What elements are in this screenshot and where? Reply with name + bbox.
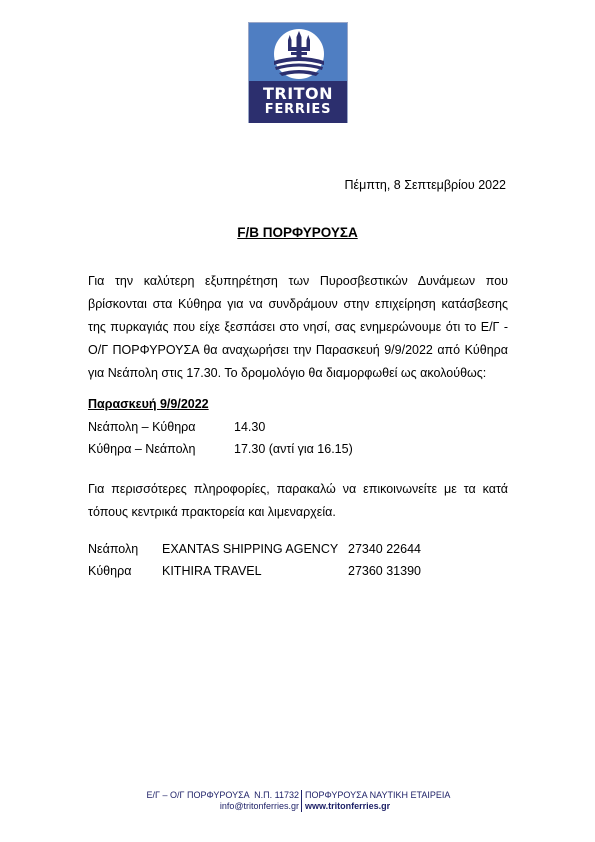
contact-phone: 27360 31390 [348, 564, 421, 578]
schedule-route: Νεάπολη – Κύθηρα [88, 420, 196, 434]
contact-agency: EXANTAS SHIPPING AGENCY [162, 542, 338, 556]
schedule-time: 14.30 [234, 420, 265, 434]
logo-text-ferries: FERRIES [249, 102, 347, 117]
schedule-time: 17.30 (αντί για 16.15) [234, 442, 353, 456]
logo-wordmark: TRITON FERRIES [249, 81, 347, 123]
footer-divider [301, 790, 302, 812]
triton-ferries-logo: TRITON FERRIES [248, 22, 348, 123]
footer-right: ΠΟΡΦΥΡΟΥΣΑ ΝΑΥΤΙΚΗ ΕΤΑΙΡΕΙΑ www.tritonfe… [305, 790, 450, 812]
intro-paragraph: Για την καλύτερη εξυπηρέτηση των Πυροσβε… [88, 270, 508, 385]
footer-vessel-registry: Ε/Γ – Ο/Γ ΠΟΡΦΥΡΟΥΣΑ Ν.Π. 11732 [147, 790, 299, 801]
footer-left: Ε/Γ – Ο/Γ ΠΟΡΦΥΡΟΥΣΑ Ν.Π. 11732 info@tri… [147, 790, 299, 812]
footer-company-name: ΠΟΡΦΥΡΟΥΣΑ ΝΑΥΤΙΚΗ ΕΤΑΙΡΕΙΑ [305, 790, 450, 801]
footer-email-link[interactable]: info@tritonferries.gr [147, 801, 299, 812]
contact-location: Νεάπολη [88, 542, 138, 556]
trident-wave-icon [249, 23, 347, 81]
document-date: Πέμπτη, 8 Σεπτεμβρίου 2022 [345, 178, 506, 192]
document-title: F/B ΠΟΡΦΥΡΟΥΣΑ [0, 225, 595, 240]
contact-location: Κύθηρα [88, 564, 131, 578]
contact-phone: 27340 22644 [348, 542, 421, 556]
footer-website-link[interactable]: www.tritonferries.gr [305, 801, 450, 812]
contact-agency: KITHIRA TRAVEL [162, 564, 262, 578]
schedule-route: Κύθηρα – Νεάπολη [88, 442, 196, 456]
logo-emblem [249, 23, 347, 81]
info-paragraph: Για περισσότερες πληροφορίες, παρακαλώ ν… [88, 478, 508, 524]
logo-text-triton: TRITON [249, 84, 347, 103]
schedule-heading: Παρασκευή 9/9/2022 [88, 397, 209, 411]
